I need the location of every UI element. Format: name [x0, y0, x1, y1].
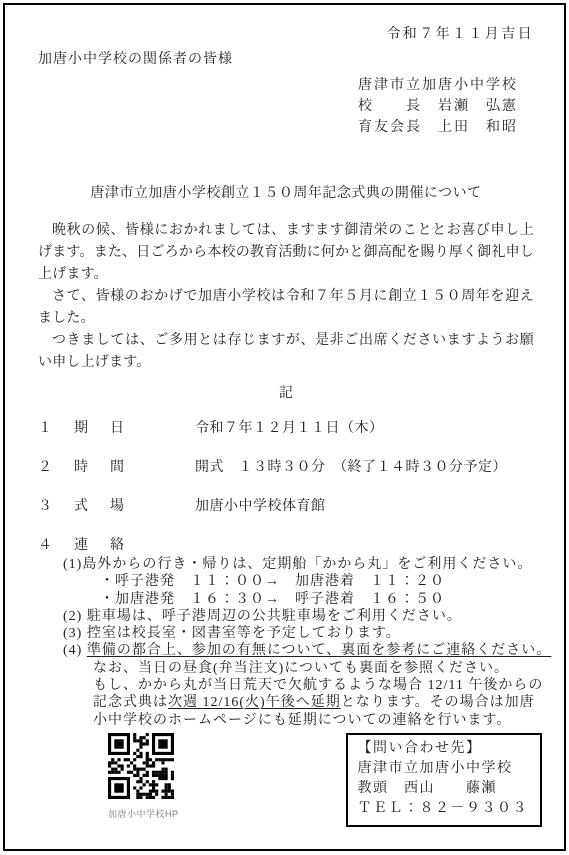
document-title: 唐津市立加唐小学校創立１５０周年記念式典の開催について: [38, 186, 534, 202]
list-item: １ 期 日令和７年１２月１１日（木）: [38, 420, 534, 437]
qr-block: 加唐小中学校HP: [108, 733, 179, 820]
footer: 加唐小中学校HP 【問い合わせ先】 唐津市立加唐小中学校 教頭 西山 藤瀬 ＴＥ…: [38, 733, 534, 827]
item-value: 加唐小中学校体育館: [195, 499, 326, 514]
recipient-line: 加唐小中学校の関係者の皆様: [38, 52, 534, 68]
contact-box: 【問い合わせ先】 唐津市立加唐小中学校 教頭 西山 藤瀬 ＴＥＬ：８２－９３０３: [346, 733, 543, 827]
note-row: ・加唐港発 １６：３０→ 呼子港着 １６：５０: [100, 591, 534, 608]
contact-org: 唐津市立加唐小中学校: [358, 759, 529, 779]
item-value: 開式 １３時３０分 （終了１４時３０分予定）: [195, 460, 507, 475]
sender-pta: 育友会長 上田 和昭: [358, 117, 518, 138]
body-paragraph: つきましては、ご多用とは存じますが、是非ご出席くださいますようお願い申し上げます…: [38, 330, 534, 374]
body-paragraphs: 晩秋の候、皆様におかれましては、ますます御清栄のこととお喜び申し上げます。また、…: [38, 220, 534, 374]
sender-org: 唐津市立加唐小中学校: [358, 75, 518, 96]
qr-caption: 加唐小中学校HP: [108, 807, 179, 820]
sender-block: 唐津市立加唐小中学校 校 長 岩瀬 弘憲 育友会長 上田 和昭: [38, 75, 534, 138]
note-row: ・呼子港発 １１：００→ 加唐港着 １１：２０: [100, 573, 534, 590]
sender-principal: 校 長 岩瀬 弘憲: [358, 96, 518, 117]
list-item: ２ 時 間開式 １３時３０分 （終了１４時３０分予定）: [38, 459, 534, 476]
note-row: なお、当日の昼食(弁当注文)についても裏面を参照ください。: [93, 660, 534, 677]
contact-heading: 【問い合わせ先】: [358, 739, 529, 759]
contact-tel: ＴＥＬ：８２－９３０３: [358, 799, 529, 819]
numbered-list: １ 期 日令和７年１２月１１日（木）２ 時 間開式 １３時３０分 （終了１４時３…: [38, 420, 534, 554]
item-label: ２ 時 間: [38, 459, 195, 476]
contact-person: 教頭 西山 藤瀬: [358, 779, 529, 799]
note-row: (4) 準備の都合上、参加の有無について、裏面を参考にご連絡ください。: [63, 642, 534, 659]
body-paragraph: さて、皆様のおかげで加唐小学校は令和７年５月に創立１５０周年を迎えました。: [38, 286, 534, 330]
body-paragraph: 晩秋の候、皆様におかれましては、ますます御清栄のこととお喜び申し上げます。また、…: [38, 220, 534, 286]
item-value: 令和７年１２月１１日（木）: [195, 421, 384, 436]
note-row: 小中学校のホームページにも延期についての連絡を行います。: [93, 712, 534, 729]
note-row: (1)島外からの行き・帰りは、定期船「かから丸」をご利用ください。: [63, 556, 534, 573]
note-row: もし、かから丸が当日荒天で欠航するような場合 12/11 午後からの: [93, 677, 534, 694]
list-item: ３ 式 場加唐小中学校体育館: [38, 498, 534, 515]
item-label: ４ 連 絡: [38, 537, 195, 554]
record-marker: 記: [38, 386, 534, 402]
item-label: ３ 式 場: [38, 498, 195, 515]
item-label: １ 期 日: [38, 420, 195, 437]
note-row: (3) 控室は校長室・図書室等を予定しております。: [63, 625, 534, 642]
notes-list: (1)島外からの行き・帰りは、定期船「かから丸」をご利用ください。・呼子港発 １…: [38, 556, 534, 729]
qr-code-image: [108, 733, 174, 799]
note-row: 記念式典は次週 12/16(火)午後へ延期となります。その場合は加唐: [93, 694, 534, 711]
letter-page: 令和７年１１月吉日 加唐小中学校の関係者の皆様 唐津市立加唐小中学校 校 長 岩…: [3, 3, 566, 851]
date-line: 令和７年１１月吉日: [38, 27, 534, 43]
note-row: (2) 駐車場は、呼子港周辺の公共駐車場をご利用ください。: [63, 608, 534, 625]
list-item: ４ 連 絡: [38, 537, 534, 554]
